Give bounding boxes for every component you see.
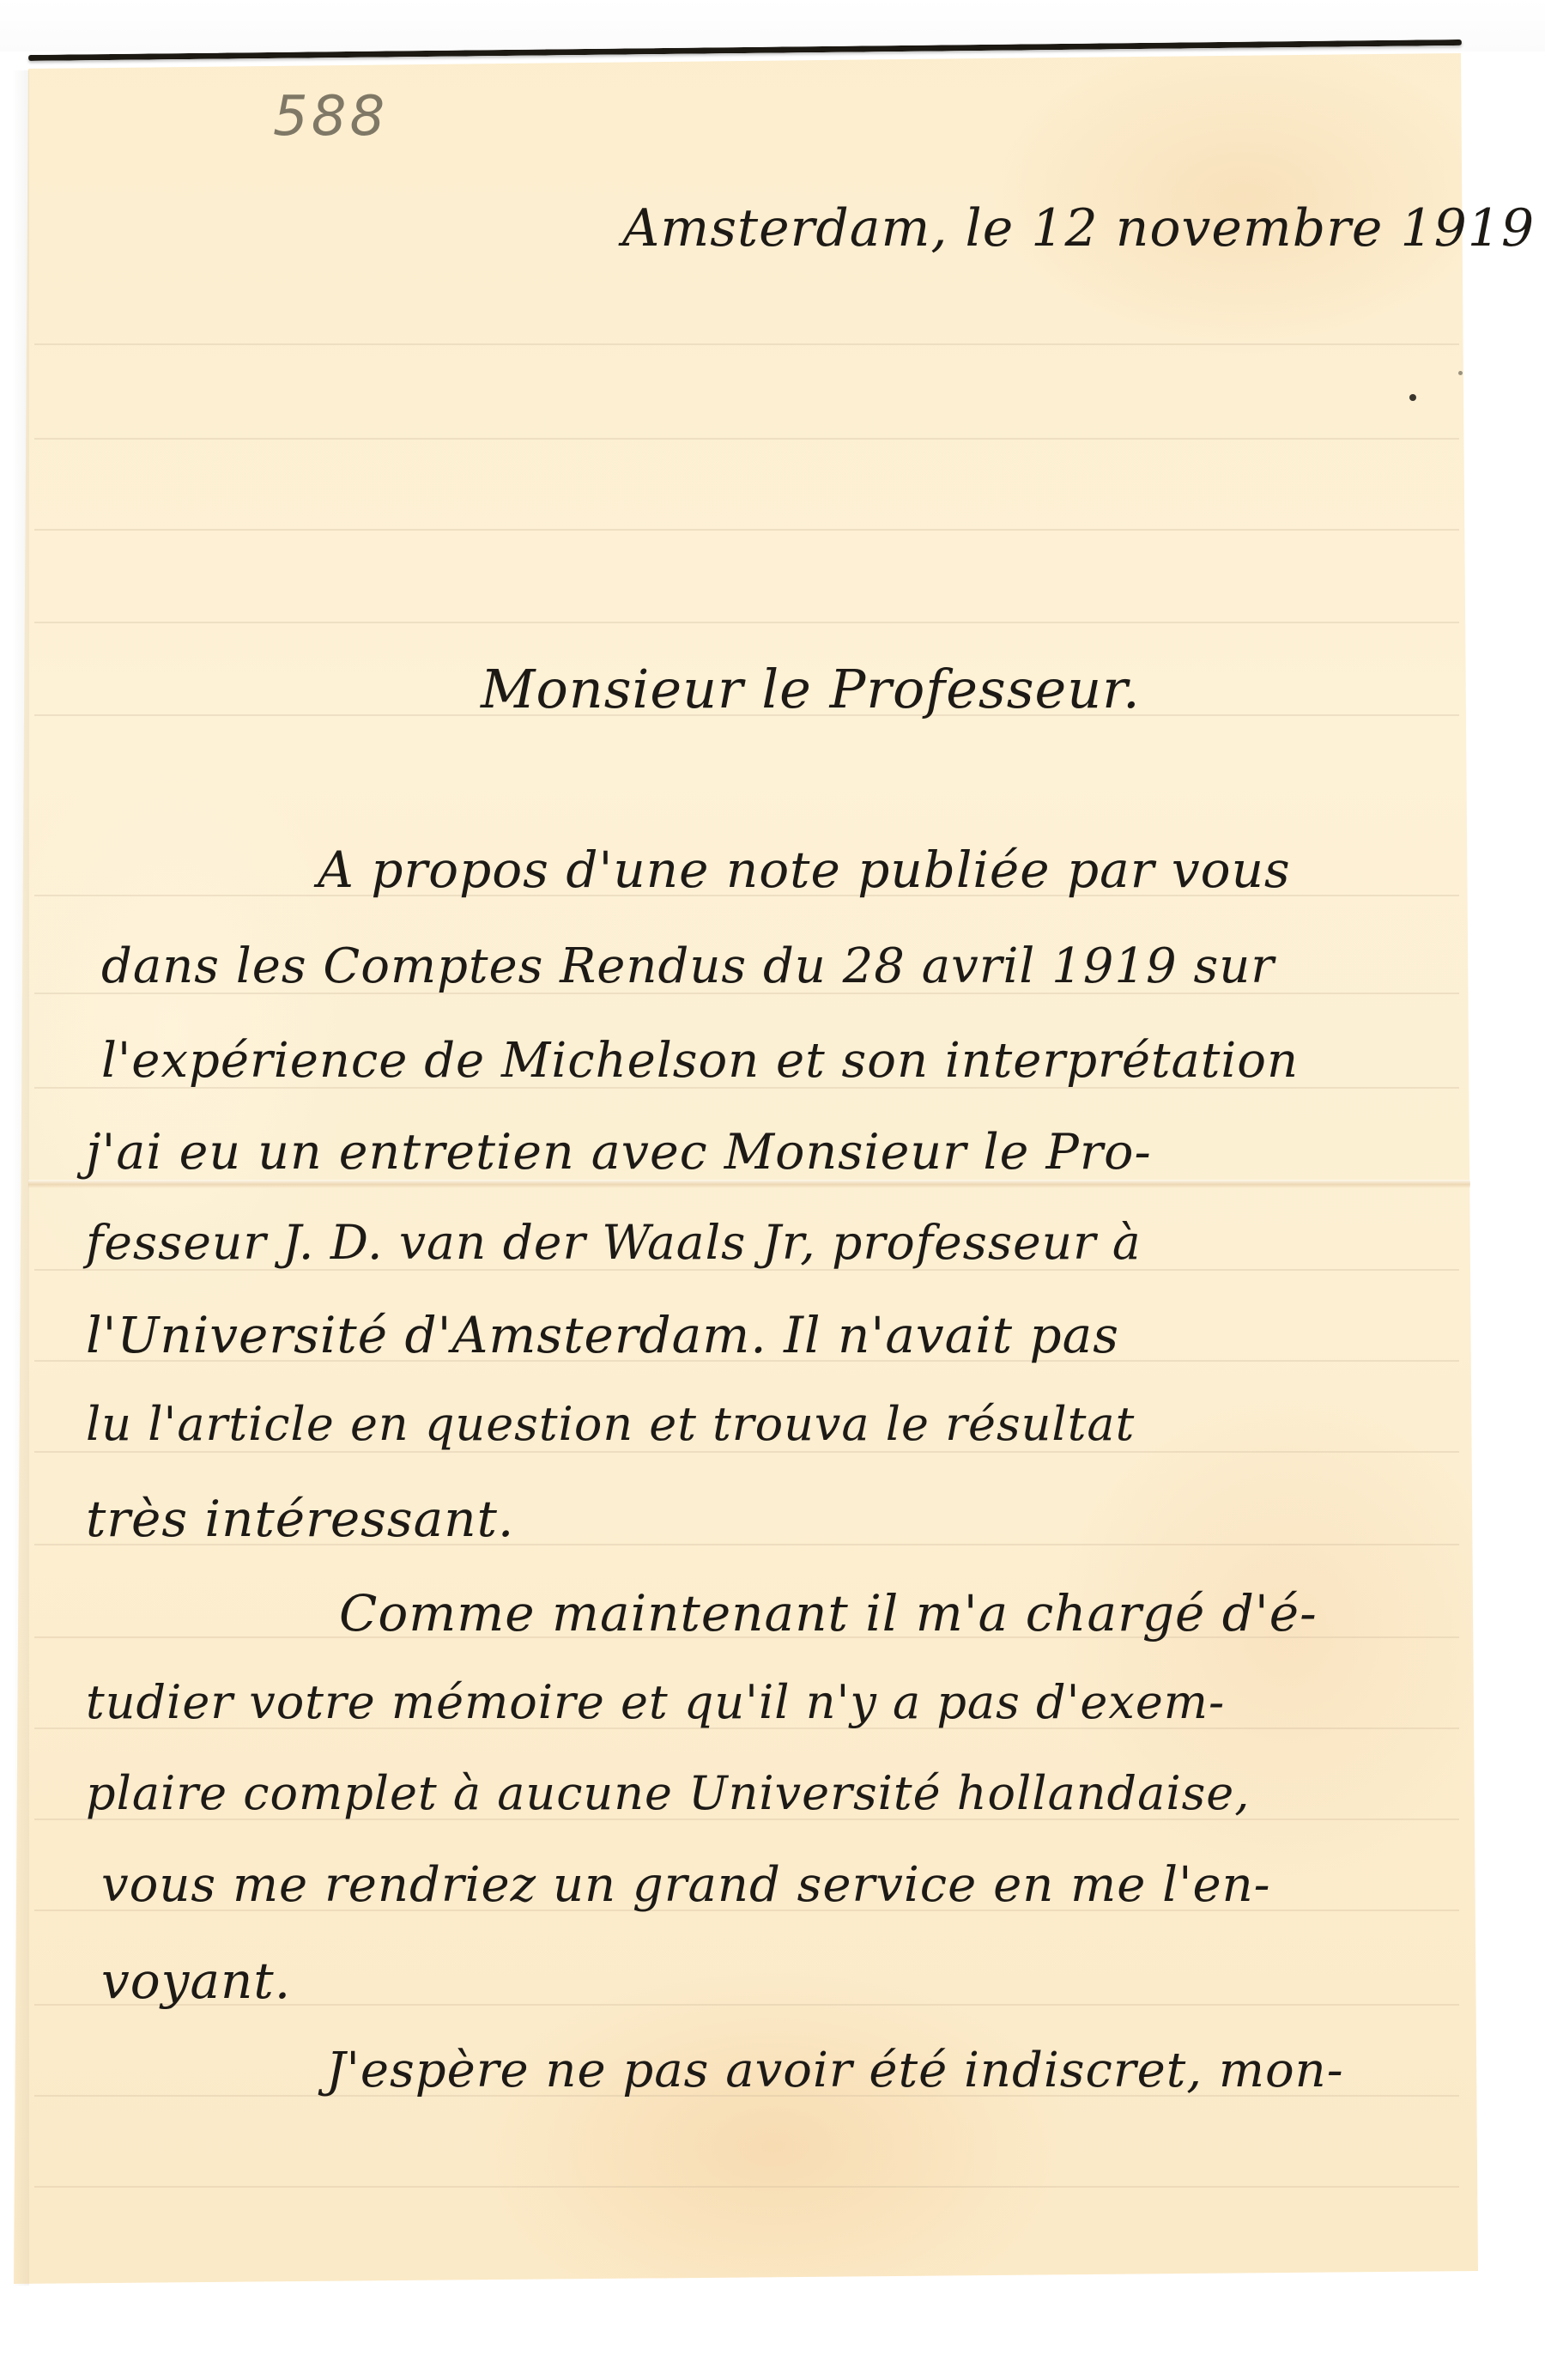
letter-line: Comme maintenant il m'a chargé d'é- xyxy=(339,1588,1318,1638)
letter-line: très intéressant. xyxy=(86,1494,514,1544)
letter-line: l'Université d'Amsterdam. Il n'avait pas xyxy=(86,1310,1433,1360)
paper-rule xyxy=(34,2186,1459,2188)
letter-line: vous me rendriez un grand service en me … xyxy=(101,1861,1271,1909)
salutation: Monsieur le Professeur. xyxy=(481,663,1141,716)
sheet-left-edge-shadow xyxy=(12,70,29,2286)
letter-line: voyant. xyxy=(101,1956,291,2006)
letter-line: dans les Comptes Rendus du 28 avril 1919… xyxy=(101,943,1449,991)
letter-line: l'expérience de Michelson et son interpr… xyxy=(101,1037,1449,1085)
letter-line: A propos d'une note publiée par vous xyxy=(318,845,1442,895)
letter-sheet xyxy=(0,0,1545,2380)
paper-rule xyxy=(34,529,1459,531)
place-date: Amsterdam, le 12 novembre 1919 xyxy=(622,203,1459,254)
letter-line: j'ai eu un entretien avec Monsieur le Pr… xyxy=(86,1128,1433,1177)
letter-line: tudier votre mémoire et qu'il n'y a pas … xyxy=(86,1679,1225,1726)
paper-rule xyxy=(34,343,1459,345)
letter-line: lu l'article en question et trouva le ré… xyxy=(86,1401,1459,1448)
letter-line: fesseur J. D. van der Waals Jr, professe… xyxy=(86,1219,1433,1266)
fold-crease xyxy=(28,1180,1470,1188)
paper-rule xyxy=(34,1451,1459,1453)
paper-rule xyxy=(34,438,1459,440)
ink-speck xyxy=(1409,394,1416,401)
archive-number: 588 xyxy=(273,89,388,144)
paper-rule xyxy=(34,622,1459,623)
letter-line: plaire complet à aucune Université holla… xyxy=(86,1770,1250,1817)
letter-line: J'espère ne pas avoir été indiscret, mon… xyxy=(326,2047,1344,2095)
ink-speck xyxy=(1458,371,1463,375)
